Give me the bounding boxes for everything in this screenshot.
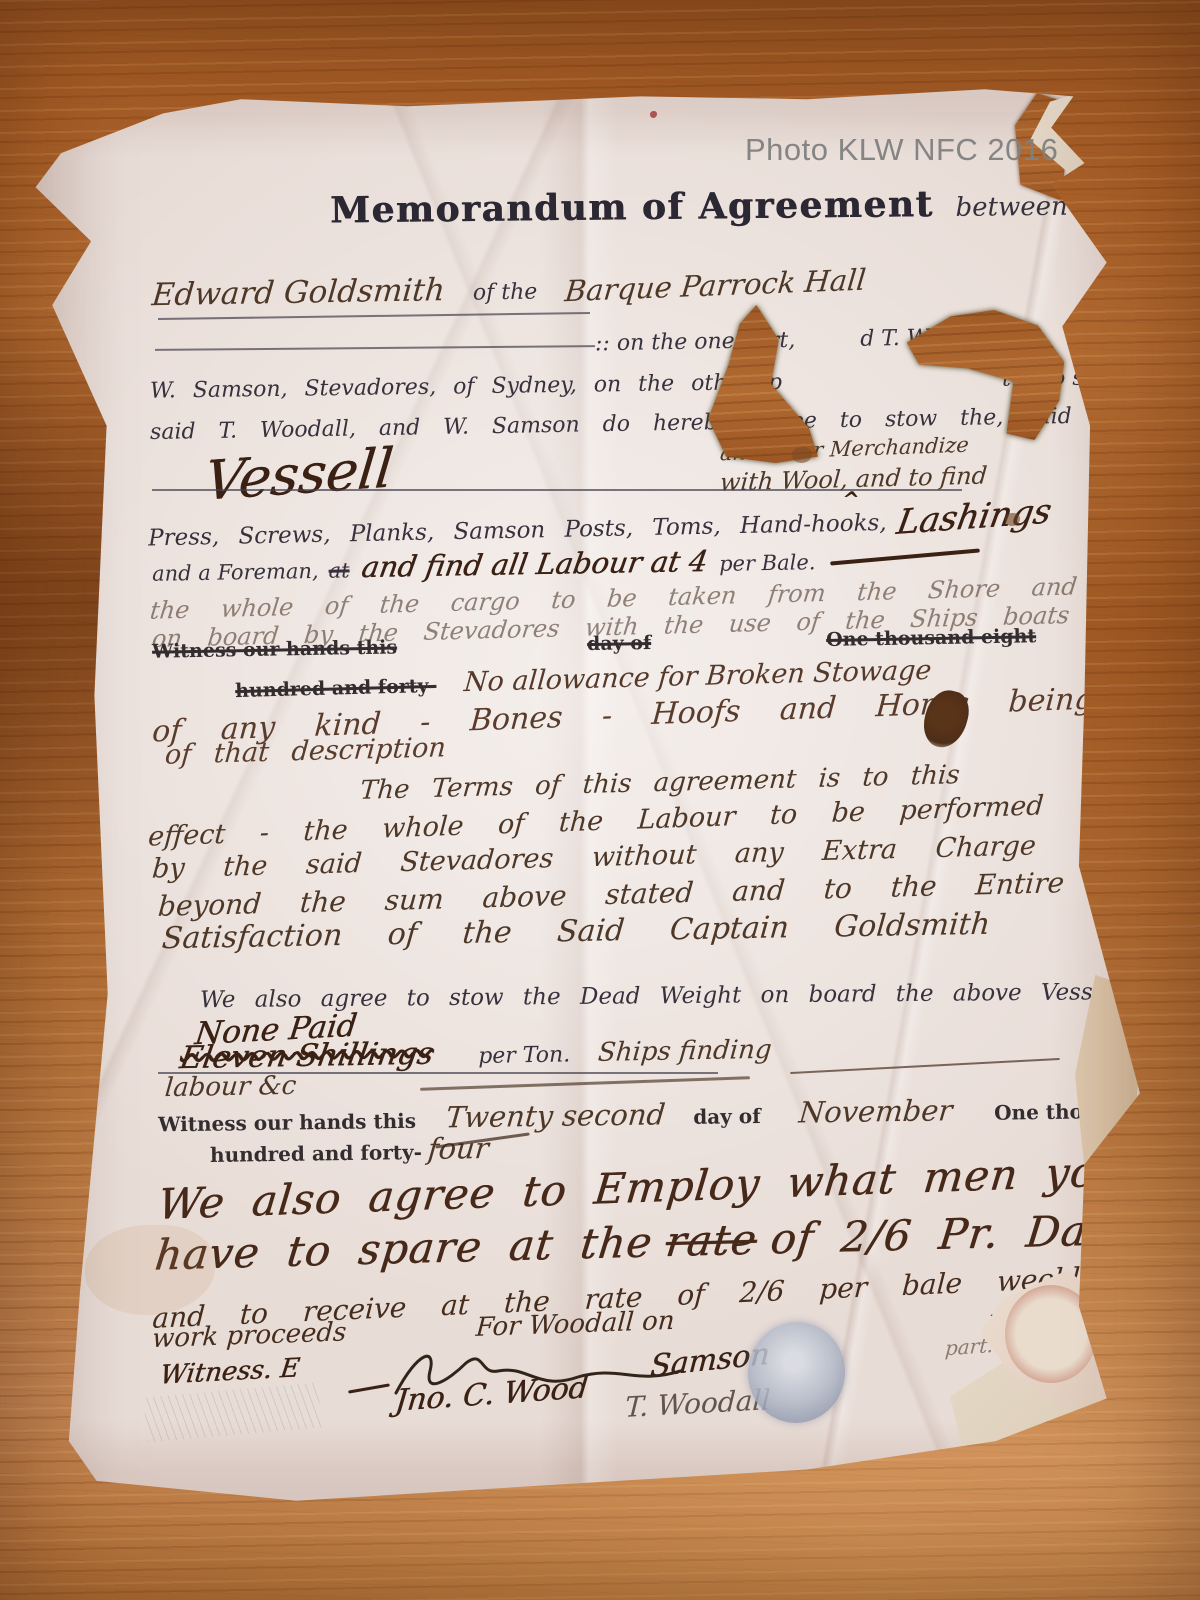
- torn-hole-right-wood: [898, 310, 1073, 440]
- vessel-word: Vessell: [202, 436, 396, 513]
- photo-of-memorandum: Memorandum of Agreement between Captain …: [0, 0, 1200, 1600]
- memorandum-paper: Memorandum of Agreement between Captain …: [30, 85, 1140, 1505]
- torn-hole-left-wood: [706, 305, 818, 463]
- name-rule: [158, 312, 590, 320]
- per-bale-text: per Bale.: [719, 550, 816, 576]
- red-dot: [650, 111, 657, 118]
- torn-hole-left: [706, 305, 818, 463]
- day-value: Twenty second: [444, 1097, 666, 1134]
- employ-2b-text: of 2/6 Pr. Day: [768, 1205, 1114, 1263]
- employ-4a-text: work proceeds: [151, 1317, 347, 1354]
- foreman-text: and a Foreman,: [152, 559, 319, 586]
- vessel-word-line: Vessell: [203, 437, 395, 513]
- torn-hole-right: [898, 310, 1073, 440]
- pre-signature-dash: [348, 1383, 390, 1393]
- employ-2-struck: rate: [664, 1215, 760, 1267]
- heading-title: Memorandum of Agreement: [330, 183, 934, 231]
- struck-hundred: hundred and forty-: [235, 675, 437, 702]
- labour-insert: and find all Labour at 4: [359, 544, 710, 584]
- stowage-line-3: of that description: [165, 732, 447, 770]
- ships-finding-text: Ships finding: [597, 1035, 773, 1068]
- struck-shillings: Eleven Shillings: [177, 1036, 436, 1077]
- struck-day-of: day of: [587, 632, 651, 655]
- pencil-hatching-left: [143, 1382, 321, 1442]
- employ-4b-text: For Woodall on: [475, 1306, 676, 1343]
- day-of-label: day of: [693, 1104, 761, 1129]
- vessel-name: Barque Parrock Hall: [564, 263, 868, 309]
- struck-one-thousand: One thousand eight: [826, 625, 1036, 651]
- of-the-label: of the: [473, 280, 538, 306]
- per-bale-flourish: [830, 548, 980, 565]
- woodall-signature: T. Woodall: [624, 1383, 771, 1424]
- woodall-text: T. Woodall: [624, 1383, 771, 1424]
- stowage-line-3-text: of that description: [164, 732, 447, 770]
- forty-four-line: hundred and forty- four: [210, 1131, 489, 1169]
- month-value: November: [797, 1093, 954, 1129]
- labour-dash: [420, 1076, 750, 1090]
- finding-dash: [790, 1058, 1060, 1074]
- struck-at: at: [328, 558, 349, 582]
- stevedores-text: W. Samson, Stevadores, of Sydney, on the…: [150, 370, 782, 404]
- four-value: four: [426, 1131, 490, 1166]
- labour-etc-line: labour &c: [165, 1071, 297, 1103]
- hundred-label: hundred and forty-: [210, 1140, 422, 1167]
- blank-rule: [155, 345, 595, 350]
- captain-name: Edward Goldsmith: [150, 272, 446, 313]
- lashings-text: Lashings: [893, 491, 1054, 543]
- per-ton-text: per Ton.: [478, 1042, 570, 1069]
- photo-watermark: Photo KLW NFC 2016: [745, 132, 1058, 168]
- struck-witness-text: Witness our hands this: [152, 636, 397, 662]
- witness-clause-line: Witness our hands this Twenty second day…: [158, 1090, 1200, 1139]
- labour-etc-text: labour &c: [164, 1071, 298, 1103]
- employ-2a-text: have to spare at the: [152, 1217, 655, 1279]
